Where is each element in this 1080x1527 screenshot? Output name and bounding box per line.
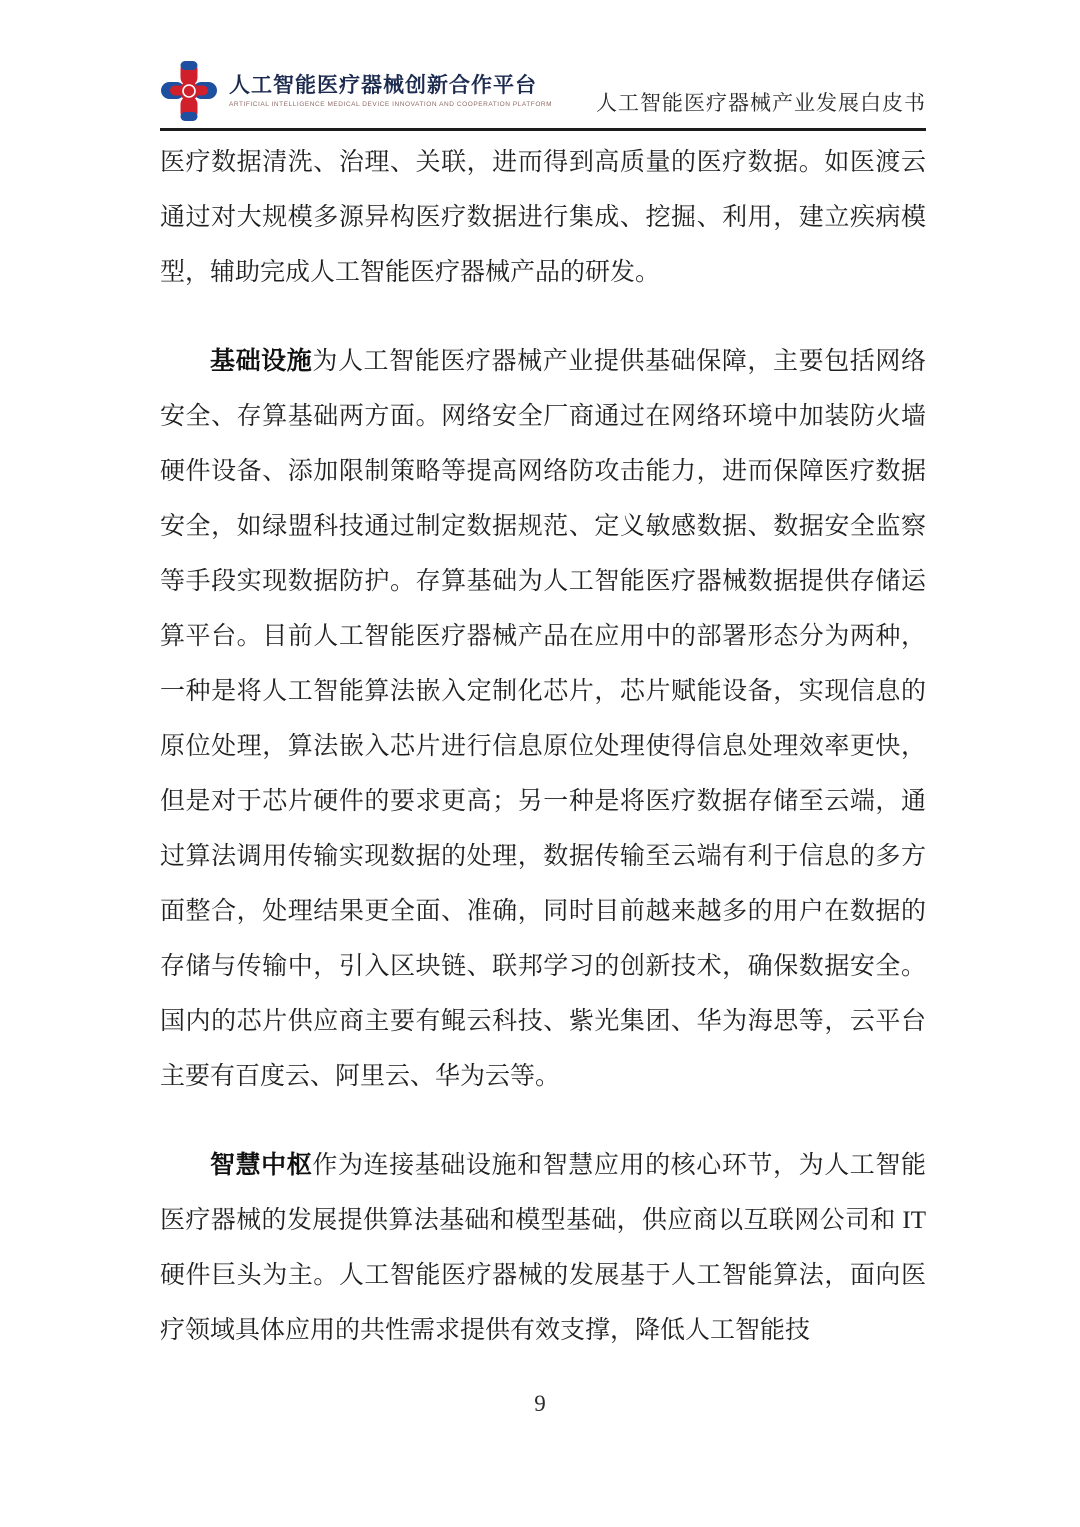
document-title: 人工智能医疗器械产业发展白皮书 bbox=[596, 87, 926, 122]
document-page: 人工智能医疗器械创新合作平台 ARTIFICIAL INTELLIGENCE M… bbox=[0, 0, 1080, 1527]
cross-logo-icon bbox=[160, 60, 218, 122]
body-paragraphs: 医疗数据清洗、治理、关联，进而得到高质量的医疗数据。如医渡云通过对大规模多源异构… bbox=[160, 135, 926, 1358]
page-number: 9 bbox=[0, 1391, 1080, 1417]
paragraph: 基础设施为人工智能医疗器械产业提供基础保障，主要包括网络安全、存算基础两方面。网… bbox=[160, 334, 926, 1104]
paragraph-lead: 基础设施 bbox=[210, 347, 312, 375]
logo-subtitle: ARTIFICIAL INTELLIGENCE MEDICAL DEVICE I… bbox=[229, 101, 552, 108]
logo-title: 人工智能医疗器械创新合作平台 bbox=[229, 74, 552, 97]
paragraph: 智慧中枢作为连接基础设施和智慧应用的核心环节，为人工智能医疗器械的发展提供算法基… bbox=[160, 1138, 926, 1358]
paragraph: 医疗数据清洗、治理、关联，进而得到高质量的医疗数据。如医渡云通过对大规模多源异构… bbox=[160, 135, 926, 300]
paragraph-lead: 智慧中枢 bbox=[210, 1151, 312, 1179]
header-divider bbox=[160, 128, 926, 131]
platform-logo: 人工智能医疗器械创新合作平台 ARTIFICIAL INTELLIGENCE M… bbox=[160, 60, 552, 122]
page-header: 人工智能医疗器械创新合作平台 ARTIFICIAL INTELLIGENCE M… bbox=[160, 60, 926, 131]
